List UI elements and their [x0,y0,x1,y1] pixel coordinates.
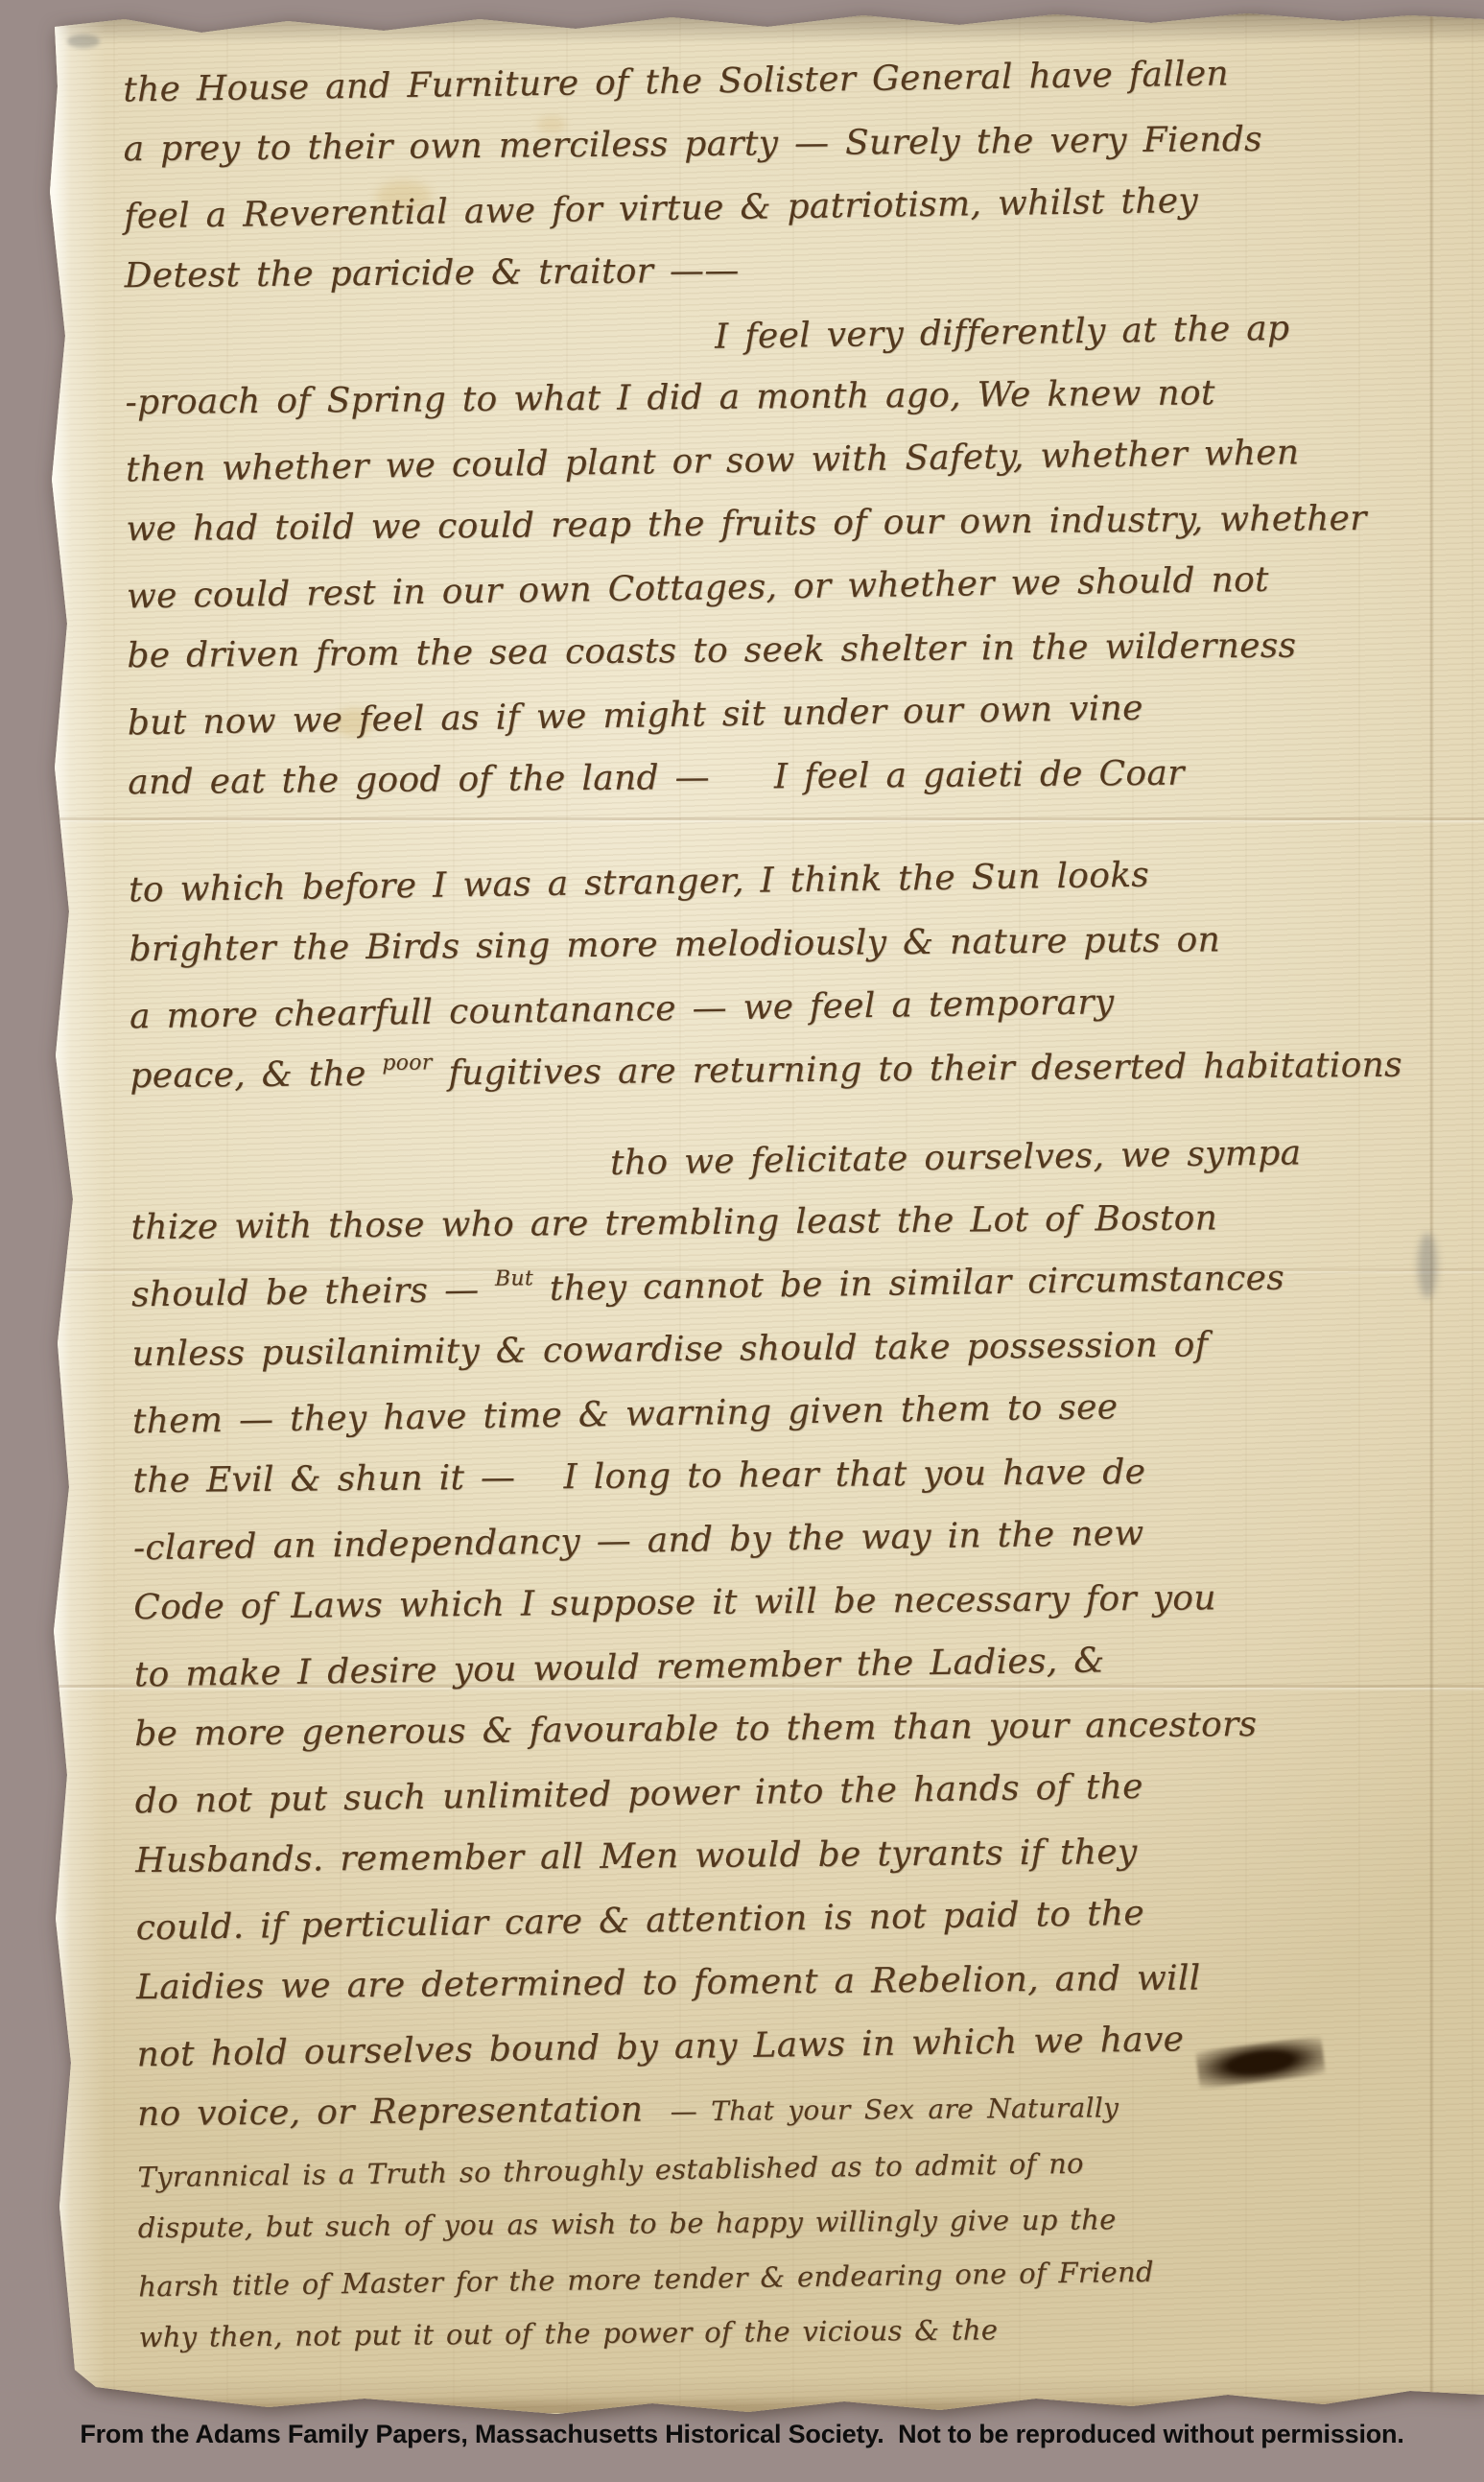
deckle-left-edge [38,0,106,2482]
interlined-word: But [495,1266,533,1291]
manuscript-line: and eat the good of the land — I feel a … [128,740,1462,815]
letter-page: the House and Furniture of the Solister … [0,0,1484,2482]
manuscript-line: I feel very differently at the ap [715,295,1459,368]
manuscript-line: peace, & the poor fugitives are returnin… [130,1033,1464,1108]
manuscript-line: tho we felicitate ourselves, we sympa [610,1120,1465,1195]
archive-caption: From the Adams Family Papers, Massachuse… [0,2420,1484,2449]
corner-smudge [67,35,100,48]
paper-shadow: the House and Furniture of the Solister … [0,0,1484,2482]
scanned-letter-photo: the House and Furniture of the Solister … [0,0,1484,2482]
interlined-word: poor [382,1051,433,1075]
torn-top-edge [0,0,1484,46]
small-script-tail: — That your Sex are Naturally [643,2092,1119,2127]
text-block: the House and Furniture of the Solister … [123,44,1472,2364]
torn-bottom-edge [0,2375,1484,2413]
manuscript-line: why then, not put it out of the power of… [138,2299,1472,2365]
